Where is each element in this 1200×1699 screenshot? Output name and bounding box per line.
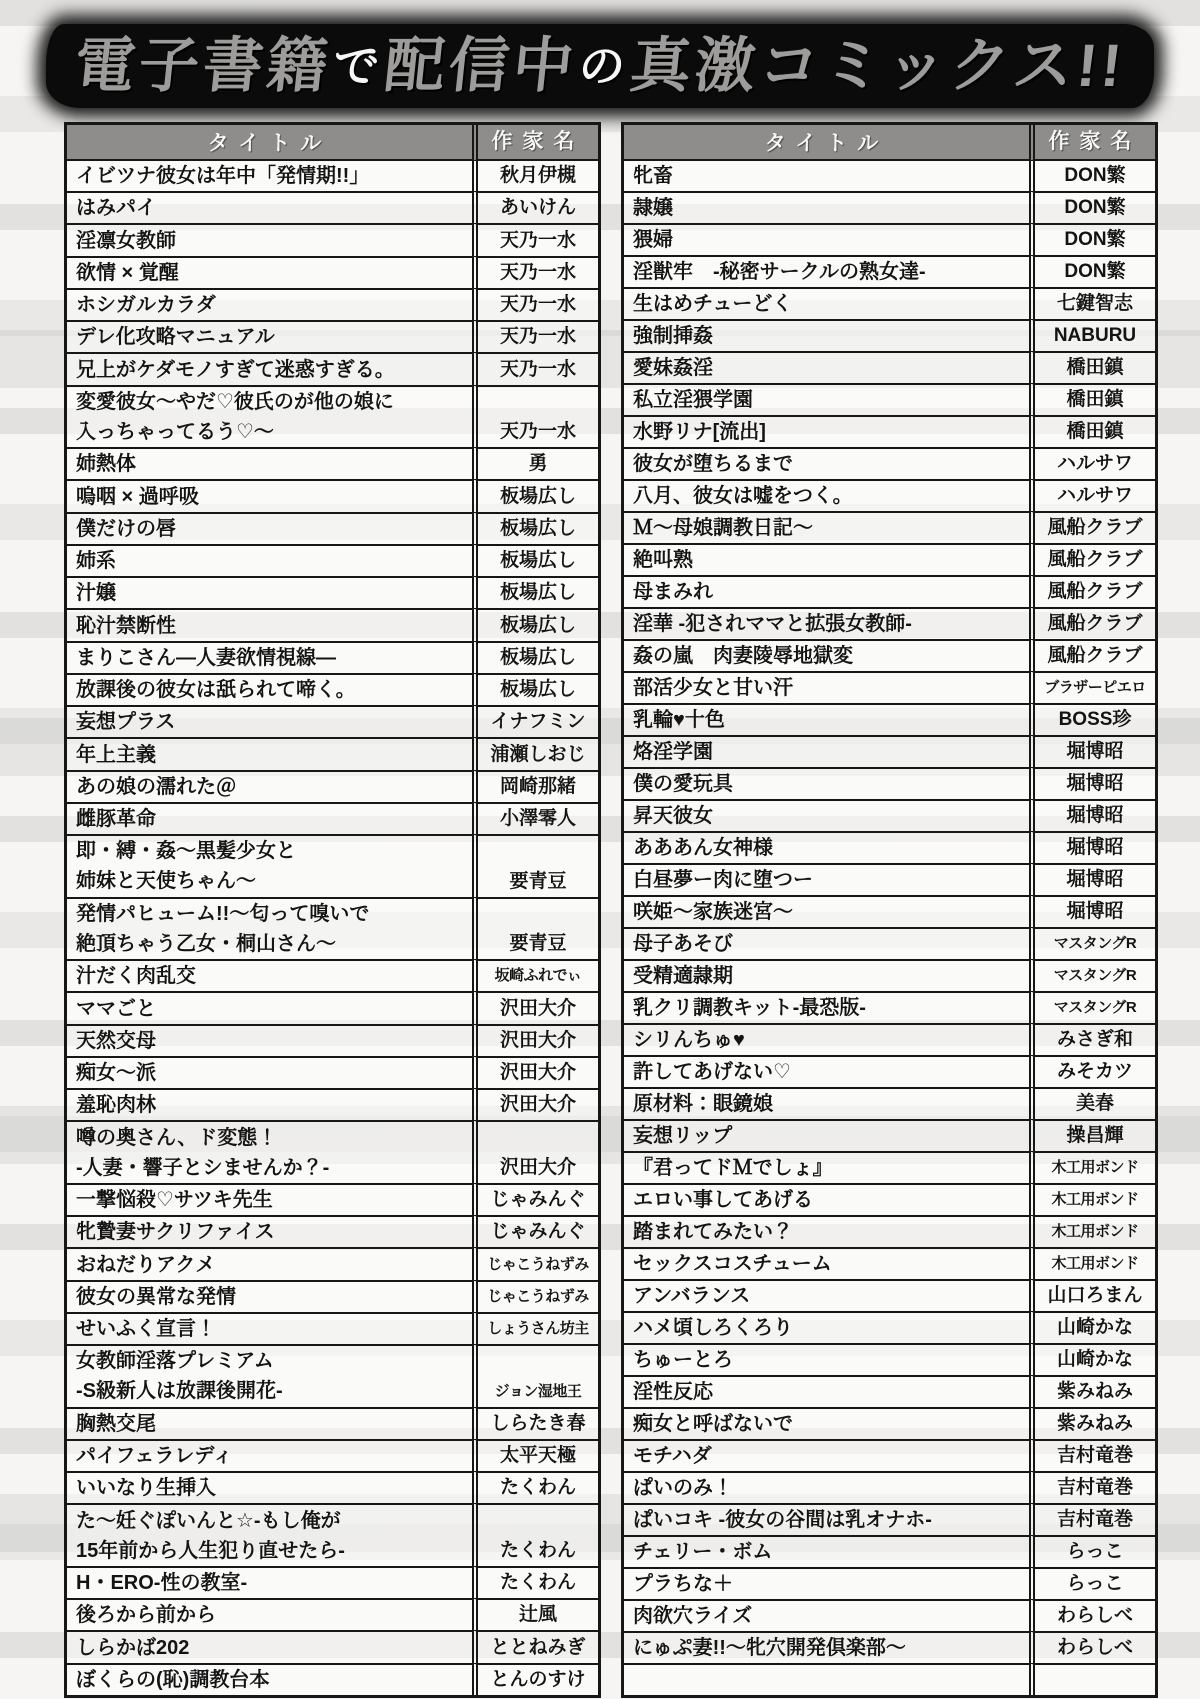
author-cell: ブラザーピエロ [1029, 671, 1155, 703]
table-row: はみパイあいけん [67, 191, 598, 223]
author-cell: 天乃一水 [472, 320, 598, 352]
author-cell: マスタングR [1029, 927, 1155, 959]
table-row: 隷嬢DON繁 [624, 191, 1155, 223]
title-cell: いいなり生挿入 [67, 1471, 472, 1503]
table-row: 一撃悩殺♡サツキ先生じゃみんぐ [67, 1183, 598, 1215]
table-row: あああん女神様堀博昭 [624, 831, 1155, 863]
table-row: 許してあげない♡みそカツ [624, 1055, 1155, 1087]
author-cell: 吉村竜巻 [1029, 1439, 1155, 1471]
title-cell: おねだりアクメ [67, 1247, 472, 1279]
author-cell: DON繁 [1029, 255, 1155, 287]
author-cell: 要青豆 [472, 897, 598, 959]
table-row: プラちな＋らっこ [624, 1567, 1155, 1599]
author-cell: 板場広し [472, 576, 598, 608]
title-cell: 放課後の彼女は舐られて啼く。 [67, 673, 472, 705]
table-row: 汁だく肉乱交坂崎ふれでぃ [67, 959, 598, 991]
author-cell: 太平天極 [472, 1439, 598, 1471]
title-line: 噂の奥さん、ド変態！ [76, 1123, 468, 1153]
table-row: 乳クリ調教キット-最恐版-マスタングR [624, 991, 1155, 1023]
author-cell: 沢田大介 [472, 1120, 598, 1182]
table-row: イビツナ彼女は年中「発情期!!」秋月伊槻 [67, 161, 598, 191]
banner-text-segment: 真激コミックス!! [628, 36, 1128, 96]
title-cell: 羞恥肉林 [67, 1088, 472, 1120]
title-line: 入っちゃってるう♡～ [76, 417, 468, 447]
table-row: アンバランス山口ろまん [624, 1279, 1155, 1311]
title-cell: た～妊ぐぽいんと☆-もし俺が15年前から人生犯り直せたら- [67, 1503, 472, 1565]
author-cell: 木工用ボンド [1029, 1151, 1155, 1183]
title-cell: 雌豚革命 [67, 802, 472, 834]
table-row: 痴女と呼ばないで紫みねみ [624, 1407, 1155, 1439]
title-cell: 淫性反応 [624, 1375, 1029, 1407]
author-cell: NABURU [1029, 319, 1155, 351]
author-cell: たくわん [472, 1471, 598, 1503]
title-cell: 汁嬢 [67, 576, 472, 608]
table-row: 母子あそびマスタングR [624, 927, 1155, 959]
title-cell: アンバランス [624, 1279, 1029, 1311]
author-cell: 辻風 [472, 1598, 598, 1630]
author-cell: マスタングR [1029, 959, 1155, 991]
author-cell: 板場広し [472, 608, 598, 640]
title-cell: にゅぷ妻!!～牝穴開発倶楽部～ [624, 1631, 1029, 1663]
author-cell: DON繁 [1029, 223, 1155, 255]
title-cell: 姉熱体 [67, 447, 472, 479]
table-row: まりこさん―人妻欲情視線―板場広し [67, 641, 598, 673]
title-cell: セックスコスチューム [624, 1247, 1029, 1279]
author-cell: 木工用ボンド [1029, 1247, 1155, 1279]
author-cell: みさぎ和 [1029, 1023, 1155, 1055]
table-row: 猥婦DON繁 [624, 223, 1155, 255]
title-cell: チェリー・ボム [624, 1535, 1029, 1567]
title-line: た～妊ぐぽいんと☆-もし俺が [76, 1506, 468, 1536]
author-cell: 橋田鎮 [1029, 415, 1155, 447]
tables-container: タイトル 作家名 イビツナ彼女は年中「発情期!!」秋月伊槻はみパイあいけん淫凛女… [64, 122, 1158, 1698]
title-cell: はみパイ [67, 191, 472, 223]
table-row: 姦の嵐 肉妻陵辱地獄変風船クラブ [624, 639, 1155, 671]
title-cell: 淫獣牢 -秘密サークルの熟女達- [624, 255, 1029, 287]
table-row: しらかば202ととねみぎ [67, 1630, 598, 1662]
table-row: 女教師淫落プレミアム-S級新人は放課後開花-ジョン湿地王 [67, 1344, 598, 1406]
title-line: 15年前から人生犯り直せたら- [76, 1536, 468, 1566]
author-cell: 沢田大介 [472, 991, 598, 1023]
table-row: 天然交母沢田大介 [67, 1024, 598, 1056]
author-cell: 板場広し [472, 512, 598, 544]
author-cell: 吉村竜巻 [1029, 1471, 1155, 1503]
banner-text-segment: の [576, 43, 631, 89]
title-cell: 昇天彼女 [624, 799, 1029, 831]
title-cell: 乳輪♥十色 [624, 703, 1029, 735]
author-cell: 天乃一水 [472, 385, 598, 447]
title-cell: 後ろから前から [67, 1598, 472, 1630]
title-cell: 一撃悩殺♡サツキ先生 [67, 1183, 472, 1215]
title-cell: 白昼夢ー肉に堕つー [624, 863, 1029, 895]
title-cell: せいふく宣言！ [67, 1312, 472, 1344]
table-row: 淫獣牢 -秘密サークルの熟女達-DON繁 [624, 255, 1155, 287]
title-cell: 痴女～派 [67, 1056, 472, 1088]
author-cell: 吉村竜巻 [1029, 1503, 1155, 1535]
table-row: 肉欲穴ライズわらしべ [624, 1599, 1155, 1631]
table-row: 白昼夢ー肉に堕つー堀博昭 [624, 863, 1155, 895]
page-banner: 電子書籍で配信中の真激コミックス!! [46, 24, 1154, 108]
author-cell: 浦瀬しおじ [472, 737, 598, 769]
table-row: あの娘の濡れた＠岡崎那緒 [67, 770, 598, 802]
author-cell: 橋田鎮 [1029, 351, 1155, 383]
author-cell: 橋田鎮 [1029, 383, 1155, 415]
title-line: 絶頂ちゃう乙女・桐山さん～ [76, 929, 468, 959]
title-cell: ちゅーとろ [624, 1343, 1029, 1375]
author-cell: らっこ [1029, 1567, 1155, 1599]
table-row: 姉系板場広し [67, 544, 598, 576]
author-cell: 風船クラブ [1029, 639, 1155, 671]
author-cell: じゃこうねずみ [472, 1247, 598, 1279]
title-cell: イビツナ彼女は年中「発情期!!」 [67, 161, 472, 191]
title-cell: 強制挿姦 [624, 319, 1029, 351]
table-row: 噂の奥さん、ド変態！-人妻・響子とシませんか？-沢田大介 [67, 1120, 598, 1182]
title-cell: 母子あそび [624, 927, 1029, 959]
table-row: 僕だけの唇板場広し [67, 512, 598, 544]
author-cell: じゃみんぐ [472, 1215, 598, 1247]
title-cell: 姦の嵐 肉妻陵辱地獄変 [624, 639, 1029, 671]
title-line: -人妻・響子とシませんか？- [76, 1153, 468, 1183]
banner-text-segment: で [330, 43, 385, 89]
table-row: 昇天彼女堀博昭 [624, 799, 1155, 831]
table-row: シリんちゅ♥みさぎ和 [624, 1023, 1155, 1055]
author-cell: 要青豆 [472, 834, 598, 896]
table-row: 淫華 -犯されママと拡張女教師-風船クラブ [624, 607, 1155, 639]
title-cell: 発情パヒューム!!～匂って嗅いで絶頂ちゃう乙女・桐山さん～ [67, 897, 472, 959]
title-cell: 胸熱交尾 [67, 1407, 472, 1439]
author-cell: じゃこうねずみ [472, 1280, 598, 1312]
author-cell: 小澤零人 [472, 802, 598, 834]
title-cell: 踏まれてみたい？ [624, 1215, 1029, 1247]
table-row: 踏まれてみたい？木工用ボンド [624, 1215, 1155, 1247]
author-cell: 沢田大介 [472, 1024, 598, 1056]
title-cell: 痴女と呼ばないで [624, 1407, 1029, 1439]
table-row: た～妊ぐぽいんと☆-もし俺が15年前から人生犯り直せたら-たくわん [67, 1503, 598, 1565]
author-cell: 沢田大介 [472, 1056, 598, 1088]
table-row: デレ化攻略マニュアル天乃一水 [67, 320, 598, 352]
author-cell: 勇 [472, 447, 598, 479]
title-cell: 僕の愛玩具 [624, 767, 1029, 799]
author-cell: ハルサワ [1029, 479, 1155, 511]
author-cell: 紫みねみ [1029, 1375, 1155, 1407]
column-header-author: 作家名 [1029, 125, 1155, 161]
title-cell: 彼女が堕ちるまで [624, 447, 1029, 479]
table-row: ハメ頃しろくろり山崎かな [624, 1311, 1155, 1343]
author-cell: 紫みねみ [1029, 1407, 1155, 1439]
table-row: 絶叫熟風船クラブ [624, 543, 1155, 575]
author-cell: イナフミン [472, 705, 598, 737]
title-cell: Ｍ～母娘調教日記～ [624, 511, 1029, 543]
title-cell: ぱいのみ！ [624, 1471, 1029, 1503]
table-row: ぱいコキ -彼女の谷間は乳オナホ-吉村竜巻 [624, 1503, 1155, 1535]
table-row: 彼女の異常な発情じゃこうねずみ [67, 1280, 598, 1312]
author-cell: 岡崎那緒 [472, 770, 598, 802]
title-cell: 水野リナ[流出] [624, 415, 1029, 447]
author-cell: しょうさん坊主 [472, 1312, 598, 1344]
author-cell: 秋月伊槻 [472, 161, 598, 191]
column-header-author: 作家名 [472, 125, 598, 161]
title-cell: あの娘の濡れた＠ [67, 770, 472, 802]
scanned-comics-list-page: 電子書籍で配信中の真激コミックス!! タイトル 作家名 イビツナ彼女は年中「発情… [0, 0, 1200, 1699]
table-row: 欲情 × 覚醒天乃一水 [67, 256, 598, 288]
title-cell: ぼくらの(恥)調教台本 [67, 1663, 472, 1695]
title-cell: 受精適隷期 [624, 959, 1029, 991]
author-cell: 天乃一水 [472, 288, 598, 320]
author-cell: 木工用ボンド [1029, 1215, 1155, 1247]
author-cell: ととねみぎ [472, 1630, 598, 1662]
author-cell: たくわん [472, 1503, 598, 1565]
author-cell: ハルサワ [1029, 447, 1155, 479]
title-line: 発情パヒューム!!～匂って嗅いで [76, 899, 468, 929]
table-row: 部活少女と甘い汗ブラザーピエロ [624, 671, 1155, 703]
author-cell: 天乃一水 [472, 256, 598, 288]
author-cell: 堀博昭 [1029, 831, 1155, 863]
title-cell: 部活少女と甘い汗 [624, 671, 1029, 703]
title-cell: 猥婦 [624, 223, 1029, 255]
table-row: 兄上がケダモノすぎて迷惑すぎる。天乃一水 [67, 352, 598, 384]
author-cell: 風船クラブ [1029, 543, 1155, 575]
title-cell: 即・縛・姦～黒髪少女と姉妹と天使ちゃん～ [67, 834, 472, 896]
banner-text-segment: 配信中 [382, 36, 580, 96]
title-cell: 乳クリ調教キット-最恐版- [624, 991, 1029, 1023]
title-cell: 天然交母 [67, 1024, 472, 1056]
title-cell: ホシガルカラダ [67, 288, 472, 320]
author-cell: 七鍵智志 [1029, 287, 1155, 319]
table-row: 牝贄妻サクリファイスじゃみんぐ [67, 1215, 598, 1247]
column-header-title: タイトル [67, 125, 472, 161]
table-row: セックスコスチューム木工用ボンド [624, 1247, 1155, 1279]
title-cell: 欲情 × 覚醒 [67, 256, 472, 288]
title-cell: デレ化攻略マニュアル [67, 320, 472, 352]
author-cell: あいけん [472, 191, 598, 223]
title-cell: 母まみれ [624, 575, 1029, 607]
table-row: 即・縛・姦～黒髪少女と姉妹と天使ちゃん～要青豆 [67, 834, 598, 896]
author-cell: ジョン湿地王 [472, 1344, 598, 1406]
title-cell: 生はめチューどく [624, 287, 1029, 319]
author-cell: 木工用ボンド [1029, 1183, 1155, 1215]
title-cell: まりこさん―人妻欲情視線― [67, 641, 472, 673]
author-cell [1029, 1663, 1155, 1695]
author-cell: DON繁 [1029, 161, 1155, 191]
table-row: Ｍ～母娘調教日記～風船クラブ [624, 511, 1155, 543]
table-row: 羞恥肉林沢田大介 [67, 1088, 598, 1120]
author-cell: 堀博昭 [1029, 799, 1155, 831]
author-cell: 堀博昭 [1029, 767, 1155, 799]
author-cell: BOSS珍 [1029, 703, 1155, 735]
title-cell: 『君ってドＭでしょ』 [624, 1151, 1029, 1183]
table-row: 汁嬢板場広し [67, 576, 598, 608]
title-cell: 淫華 -犯されママと拡張女教師- [624, 607, 1029, 639]
title-cell: プラちな＋ [624, 1567, 1029, 1599]
table-header-row: タイトル 作家名 [67, 125, 598, 161]
table-row: 私立淫猥学園橋田鎮 [624, 383, 1155, 415]
table-row: 後ろから前から辻風 [67, 1598, 598, 1630]
table-row: ママごと沢田大介 [67, 991, 598, 1023]
title-cell: シリんちゅ♥ [624, 1023, 1029, 1055]
title-cell: 私立淫猥学園 [624, 383, 1029, 415]
table-row: 淫性反応紫みねみ [624, 1375, 1155, 1407]
title-cell: 牝贄妻サクリファイス [67, 1215, 472, 1247]
banner-title: 電子書籍で配信中の真激コミックス!! [72, 36, 1128, 96]
author-cell: マスタングR [1029, 991, 1155, 1023]
title-line: 姉妹と天使ちゃん～ [76, 866, 468, 896]
table-row: チェリー・ボムらっこ [624, 1535, 1155, 1567]
table-row: 嗚咽 × 過呼吸板場広し [67, 479, 598, 511]
author-cell: 板場広し [472, 479, 598, 511]
author-cell: 天乃一水 [472, 223, 598, 255]
table-row: 痴女～派沢田大介 [67, 1056, 598, 1088]
title-cell: ぱいコキ -彼女の谷間は乳オナホ- [624, 1503, 1029, 1535]
title-cell: 許してあげない♡ [624, 1055, 1029, 1087]
title-cell: 牝畜 [624, 161, 1029, 191]
title-cell: 愛妹姦淫 [624, 351, 1029, 383]
author-cell: 沢田大介 [472, 1088, 598, 1120]
table-row: 放課後の彼女は舐られて啼く。板場広し [67, 673, 598, 705]
table-row: 愛妹姦淫橋田鎮 [624, 351, 1155, 383]
table-row: ホシガルカラダ天乃一水 [67, 288, 598, 320]
title-cell: あああん女神様 [624, 831, 1029, 863]
title-cell: 淫凛女教師 [67, 223, 472, 255]
table-row: せいふく宣言！しょうさん坊主 [67, 1312, 598, 1344]
title-cell: 汁だく肉乱交 [67, 959, 472, 991]
title-line: -S級新人は放課後開花- [76, 1376, 468, 1406]
table-row: 咲姫～家族迷宮～堀博昭 [624, 895, 1155, 927]
author-cell: 山崎かな [1029, 1311, 1155, 1343]
title-cell: パイフェラレディ [67, 1439, 472, 1471]
table-row: 乳輪♥十色BOSS珍 [624, 703, 1155, 735]
title-line: 即・縛・姦～黒髪少女と [76, 836, 468, 866]
title-cell: 咲姫～家族迷宮～ [624, 895, 1029, 927]
author-cell: 堀博昭 [1029, 895, 1155, 927]
title-cell: 烙淫学園 [624, 735, 1029, 767]
title-cell [624, 1663, 1029, 1695]
table-row: ぼくらの(恥)調教台本とんのすけ [67, 1663, 598, 1695]
author-cell: みそカツ [1029, 1055, 1155, 1087]
author-cell: 山口ろまん [1029, 1279, 1155, 1311]
author-cell: 板場広し [472, 641, 598, 673]
title-cell: 兄上がケダモノすぎて迷惑すぎる。 [67, 352, 472, 384]
table-row: 八月、彼女は嘘をつく。ハルサワ [624, 479, 1155, 511]
table-row: 妄想プラスイナフミン [67, 705, 598, 737]
author-cell: 風船クラブ [1029, 607, 1155, 639]
author-cell: 板場広し [472, 673, 598, 705]
table-row: 水野リナ[流出]橋田鎮 [624, 415, 1155, 447]
title-cell: 変愛彼女～やだ♡彼氏のが他の娘に入っちゃってるう♡～ [67, 385, 472, 447]
table-row: 強制挿姦NABURU [624, 319, 1155, 351]
table-row: ぱいのみ！吉村竜巻 [624, 1471, 1155, 1503]
author-cell: 山崎かな [1029, 1343, 1155, 1375]
author-cell: たくわん [472, 1566, 598, 1598]
table-row: 『君ってドＭでしょ』木工用ボンド [624, 1151, 1155, 1183]
title-cell: 隷嬢 [624, 191, 1029, 223]
author-cell: 堀博昭 [1029, 735, 1155, 767]
title-cell: モチハダ [624, 1439, 1029, 1471]
table-row: モチハダ吉村竜巻 [624, 1439, 1155, 1471]
title-cell: 僕だけの唇 [67, 512, 472, 544]
title-cell: ママごと [67, 991, 472, 1023]
comics-table-left: タイトル 作家名 イビツナ彼女は年中「発情期!!」秋月伊槻はみパイあいけん淫凛女… [64, 122, 601, 1698]
title-cell: 恥汁禁断性 [67, 608, 472, 640]
title-cell: 八月、彼女は嘘をつく。 [624, 479, 1029, 511]
banner-text-segment: 電子書籍 [72, 36, 334, 96]
title-cell: 肉欲穴ライズ [624, 1599, 1029, 1631]
title-cell: 年上主義 [67, 737, 472, 769]
table-row: 牝畜DON繁 [624, 161, 1155, 191]
table-row: 原材料：眼鏡娘美春 [624, 1087, 1155, 1119]
table-row: おねだりアクメじゃこうねずみ [67, 1247, 598, 1279]
title-cell: 嗚咽 × 過呼吸 [67, 479, 472, 511]
title-cell: 妄想リップ [624, 1119, 1029, 1151]
table-row: 恥汁禁断性板場広し [67, 608, 598, 640]
table-row: 年上主義浦瀬しおじ [67, 737, 598, 769]
table-row: 受精適隷期マスタングR [624, 959, 1155, 991]
table-row: 淫凛女教師天乃一水 [67, 223, 598, 255]
title-cell: 妄想プラス [67, 705, 472, 737]
author-cell: 堀博昭 [1029, 863, 1155, 895]
title-cell: ハメ頃しろくろり [624, 1311, 1029, 1343]
title-cell: H・ERO-性の教室- [67, 1566, 472, 1598]
column-header-title: タイトル [624, 125, 1029, 161]
title-cell: 女教師淫落プレミアム-S級新人は放課後開花- [67, 1344, 472, 1406]
table-row: H・ERO-性の教室-たくわん [67, 1566, 598, 1598]
author-cell: 操昌輝 [1029, 1119, 1155, 1151]
title-cell: しらかば202 [67, 1630, 472, 1662]
title-cell: エロい事してあげる [624, 1183, 1029, 1215]
table-row: 生はめチューどく七鍵智志 [624, 287, 1155, 319]
table-row: 変愛彼女～やだ♡彼氏のが他の娘に入っちゃってるう♡～天乃一水 [67, 385, 598, 447]
author-cell: しらたき春 [472, 1407, 598, 1439]
table-row: パイフェラレディ太平天極 [67, 1439, 598, 1471]
title-line: 女教師淫落プレミアム [76, 1346, 468, 1376]
table-row [624, 1663, 1155, 1695]
author-cell: じゃみんぐ [472, 1183, 598, 1215]
author-cell: わらしべ [1029, 1631, 1155, 1663]
table-row: にゅぷ妻!!～牝穴開発倶楽部～わらしべ [624, 1631, 1155, 1663]
author-cell: DON繁 [1029, 191, 1155, 223]
title-cell: 姉系 [67, 544, 472, 576]
author-cell: わらしべ [1029, 1599, 1155, 1631]
author-cell: 坂崎ふれでぃ [472, 959, 598, 991]
title-cell: 原材料：眼鏡娘 [624, 1087, 1029, 1119]
table-row: 母まみれ風船クラブ [624, 575, 1155, 607]
table-header-row: タイトル 作家名 [624, 125, 1155, 161]
table-row: 発情パヒューム!!～匂って嗅いで絶頂ちゃう乙女・桐山さん～要青豆 [67, 897, 598, 959]
author-cell: らっこ [1029, 1535, 1155, 1567]
table-row: 僕の愛玩具堀博昭 [624, 767, 1155, 799]
title-cell: 彼女の異常な発情 [67, 1280, 472, 1312]
author-cell: 風船クラブ [1029, 511, 1155, 543]
author-cell: 風船クラブ [1029, 575, 1155, 607]
title-cell: 噂の奥さん、ド変態！-人妻・響子とシませんか？- [67, 1120, 472, 1182]
author-cell: 美春 [1029, 1087, 1155, 1119]
table-row: 彼女が堕ちるまでハルサワ [624, 447, 1155, 479]
table-row: 姉熱体勇 [67, 447, 598, 479]
comics-table-right: タイトル 作家名 牝畜DON繁隷嬢DON繁猥婦DON繁淫獣牢 -秘密サークルの熟… [621, 122, 1158, 1698]
author-cell: とんのすけ [472, 1663, 598, 1695]
table-row: 烙淫学園堀博昭 [624, 735, 1155, 767]
table-row: 雌豚革命小澤零人 [67, 802, 598, 834]
table-row: エロい事してあげる木工用ボンド [624, 1183, 1155, 1215]
table-row: いいなり生挿入たくわん [67, 1471, 598, 1503]
title-line: 変愛彼女～やだ♡彼氏のが他の娘に [76, 387, 468, 417]
table-row: ちゅーとろ山崎かな [624, 1343, 1155, 1375]
table-row: 胸熱交尾しらたき春 [67, 1407, 598, 1439]
author-cell: 天乃一水 [472, 352, 598, 384]
table-row: 妄想リップ操昌輝 [624, 1119, 1155, 1151]
author-cell: 板場広し [472, 544, 598, 576]
title-cell: 絶叫熟 [624, 543, 1029, 575]
